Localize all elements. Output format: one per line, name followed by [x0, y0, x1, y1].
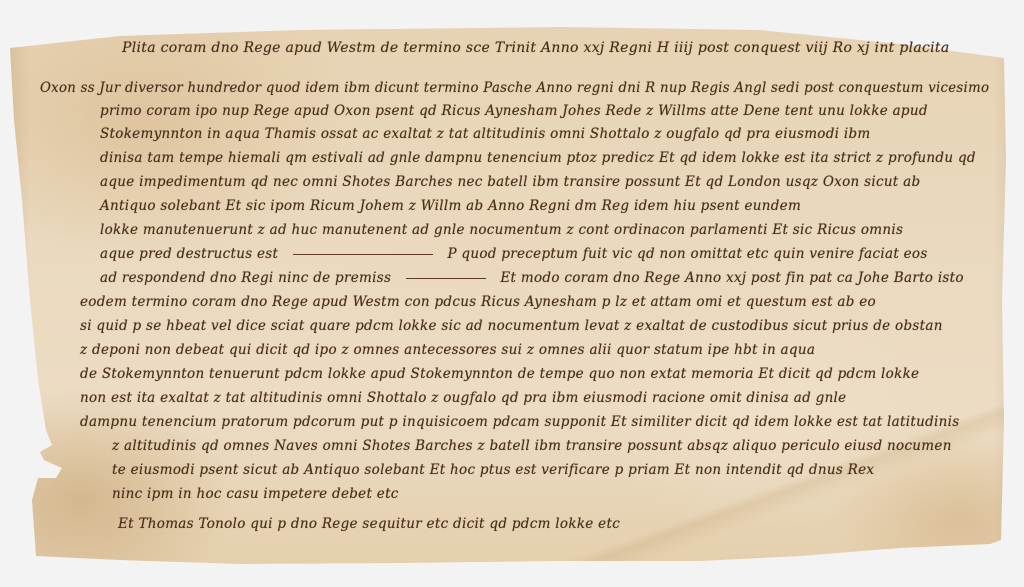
text-line-2: primo coram ipo nup Rege apud Oxon psent…	[100, 101, 928, 121]
text-line-11: si quid p se hbeat vel dice sciat quare …	[80, 316, 943, 336]
text-line-9-left: ad respondend dno Regi ninc de premiss	[100, 270, 391, 286]
document-viewer: Plita coram dno Rege apud Westm de termi…	[0, 0, 1024, 587]
line-filler-rule	[293, 254, 433, 255]
text-line-19: Et Thomas Tonolo qui p dno Rege sequitur…	[118, 514, 620, 534]
text-line-18: ninc ipm in hoc casu impetere debet etc	[112, 484, 399, 504]
text-line-5: aque impedimentum qd nec omni Shotes Bar…	[100, 172, 920, 192]
text-line-8-right: P quod preceptum fuit vic qd non omittat…	[447, 246, 927, 262]
text-line-4: dinisa tam tempe hiemali qm estivali ad …	[100, 148, 976, 168]
text-line-6: Antiquo solebant Et sic ipom Ricum Johem…	[100, 196, 801, 216]
text-line-10: eodem termino coram dno Rege apud Westm …	[80, 292, 876, 312]
text-line-13: de Stokemynnton tenuerunt pdcm lokke apu…	[80, 364, 919, 384]
text-line-12: z deponi non debeat qui dicit qd ipo z o…	[80, 340, 815, 360]
text-line-1: Oxon ss Jur diversor hundredor quod idem…	[40, 78, 989, 98]
text-line-8-left: aque pred destructus est	[100, 246, 278, 262]
text-line-3: Stokemynnton in aqua Thamis ossat ac exa…	[100, 124, 871, 144]
text-line-16: z altitudinis qd omnes Naves omni Shotes…	[112, 436, 952, 456]
text-line-8: aque pred destructus est P quod preceptu…	[100, 244, 928, 264]
text-line-9-right: Et modo coram dno Rege Anno xxj post fin…	[500, 270, 963, 286]
text-line-17: te eiusmodi psent sicut ab Antiquo soleb…	[112, 460, 874, 480]
text-line-7: lokke manutenuerunt z ad huc manutenent …	[100, 220, 903, 240]
text-line-14: non est ita exaltat z tat altitudinis om…	[80, 388, 846, 408]
heading-line: Plita coram dno Rege apud Westm de termi…	[122, 38, 950, 58]
line-filler-rule	[406, 278, 486, 279]
manuscript-text: Plita coram dno Rege apud Westm de termi…	[0, 0, 1024, 587]
text-line-9: ad respondend dno Regi ninc de premiss E…	[100, 268, 964, 288]
text-line-15: dampnu tenencium pratorum pdcorum put p …	[80, 412, 959, 432]
